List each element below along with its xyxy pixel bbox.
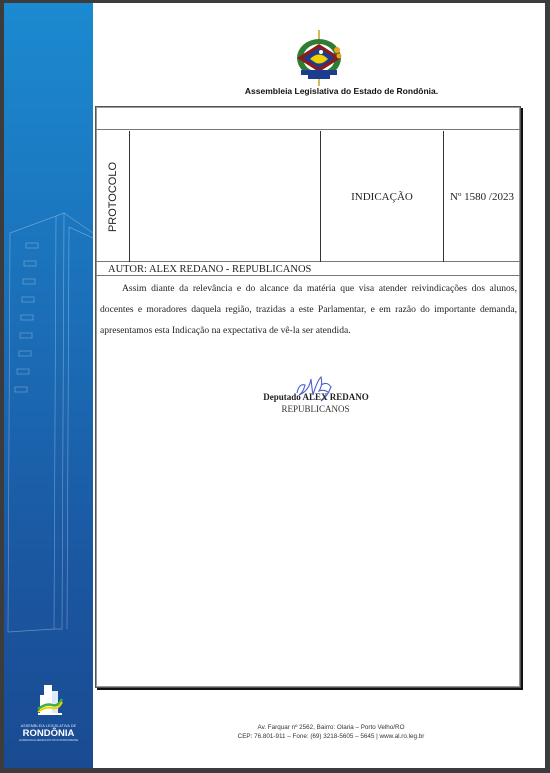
signer-name: Deputado ALEX REDANO bbox=[96, 392, 520, 402]
doc-type: INDICAÇÃO bbox=[321, 131, 443, 262]
protocol-stamp-cell bbox=[130, 131, 321, 262]
protocol-label: PROTOCOLO bbox=[107, 161, 119, 231]
letterhead-footer: Av. Farquar nº 2562, Bairro: Olaria – Po… bbox=[93, 723, 545, 741]
form-header-row bbox=[96, 107, 520, 130]
doc-number: Nº 1580 /2023 bbox=[444, 131, 520, 262]
body-paragraph: Assim diante da relevância e do alcance … bbox=[100, 278, 517, 341]
form-main-row: PROTOCOLO INDICAÇÃO Nº 1580 /2023 bbox=[96, 131, 520, 262]
organization-name: Assembleia Legislativa do Estado de Rond… bbox=[93, 86, 545, 96]
logo-caption-big: RONDÔNIA bbox=[4, 728, 93, 739]
doc-number-cell: Nº 1580 /2023 bbox=[444, 131, 520, 262]
doc-type-cell: INDICAÇÃO bbox=[321, 131, 444, 262]
signer-party: REPUBLICANOS bbox=[96, 404, 520, 414]
letterhead-sidebar: ASSEMBLEIA LEGISLATIVA DE RONDÔNIA GUARD… bbox=[4, 3, 93, 768]
building-outline-icon bbox=[4, 203, 93, 643]
signature-block: Deputado ALEX REDANO REPUBLICANOS bbox=[96, 369, 520, 419]
letterhead-header: Assembleia Legislativa do Estado de Rond… bbox=[93, 3, 545, 103]
indication-form: PROTOCOLO INDICAÇÃO Nº 1580 /2023 AUTOR:… bbox=[95, 106, 521, 688]
footer-contact: CEP: 76.801-911 – Fone: (69) 3218-5605 –… bbox=[117, 732, 545, 741]
footer-address: Av. Farquar nº 2562, Bairro: Olaria – Po… bbox=[117, 723, 545, 732]
document-viewer-frame: ASSEMBLEIA LEGISLATIVA DE RONDÔNIA GUARD… bbox=[0, 0, 550, 773]
state-coat-of-arms-icon bbox=[292, 30, 346, 86]
rondonia-assembly-logo: ASSEMBLEIA LEGISLATIVA DE RONDÔNIA GUARD… bbox=[4, 683, 93, 742]
logo-caption-tiny: GUARDIANA E DEFESA DO POVO RONDONIENSE bbox=[4, 739, 93, 742]
building-logo-icon bbox=[34, 683, 64, 717]
author-line: AUTOR: ALEX REDANO - REPUBLICANOS bbox=[96, 263, 520, 276]
protocol-cell: PROTOCOLO bbox=[96, 131, 130, 262]
document-page: ASSEMBLEIA LEGISLATIVA DE RONDÔNIA GUARD… bbox=[4, 3, 545, 768]
